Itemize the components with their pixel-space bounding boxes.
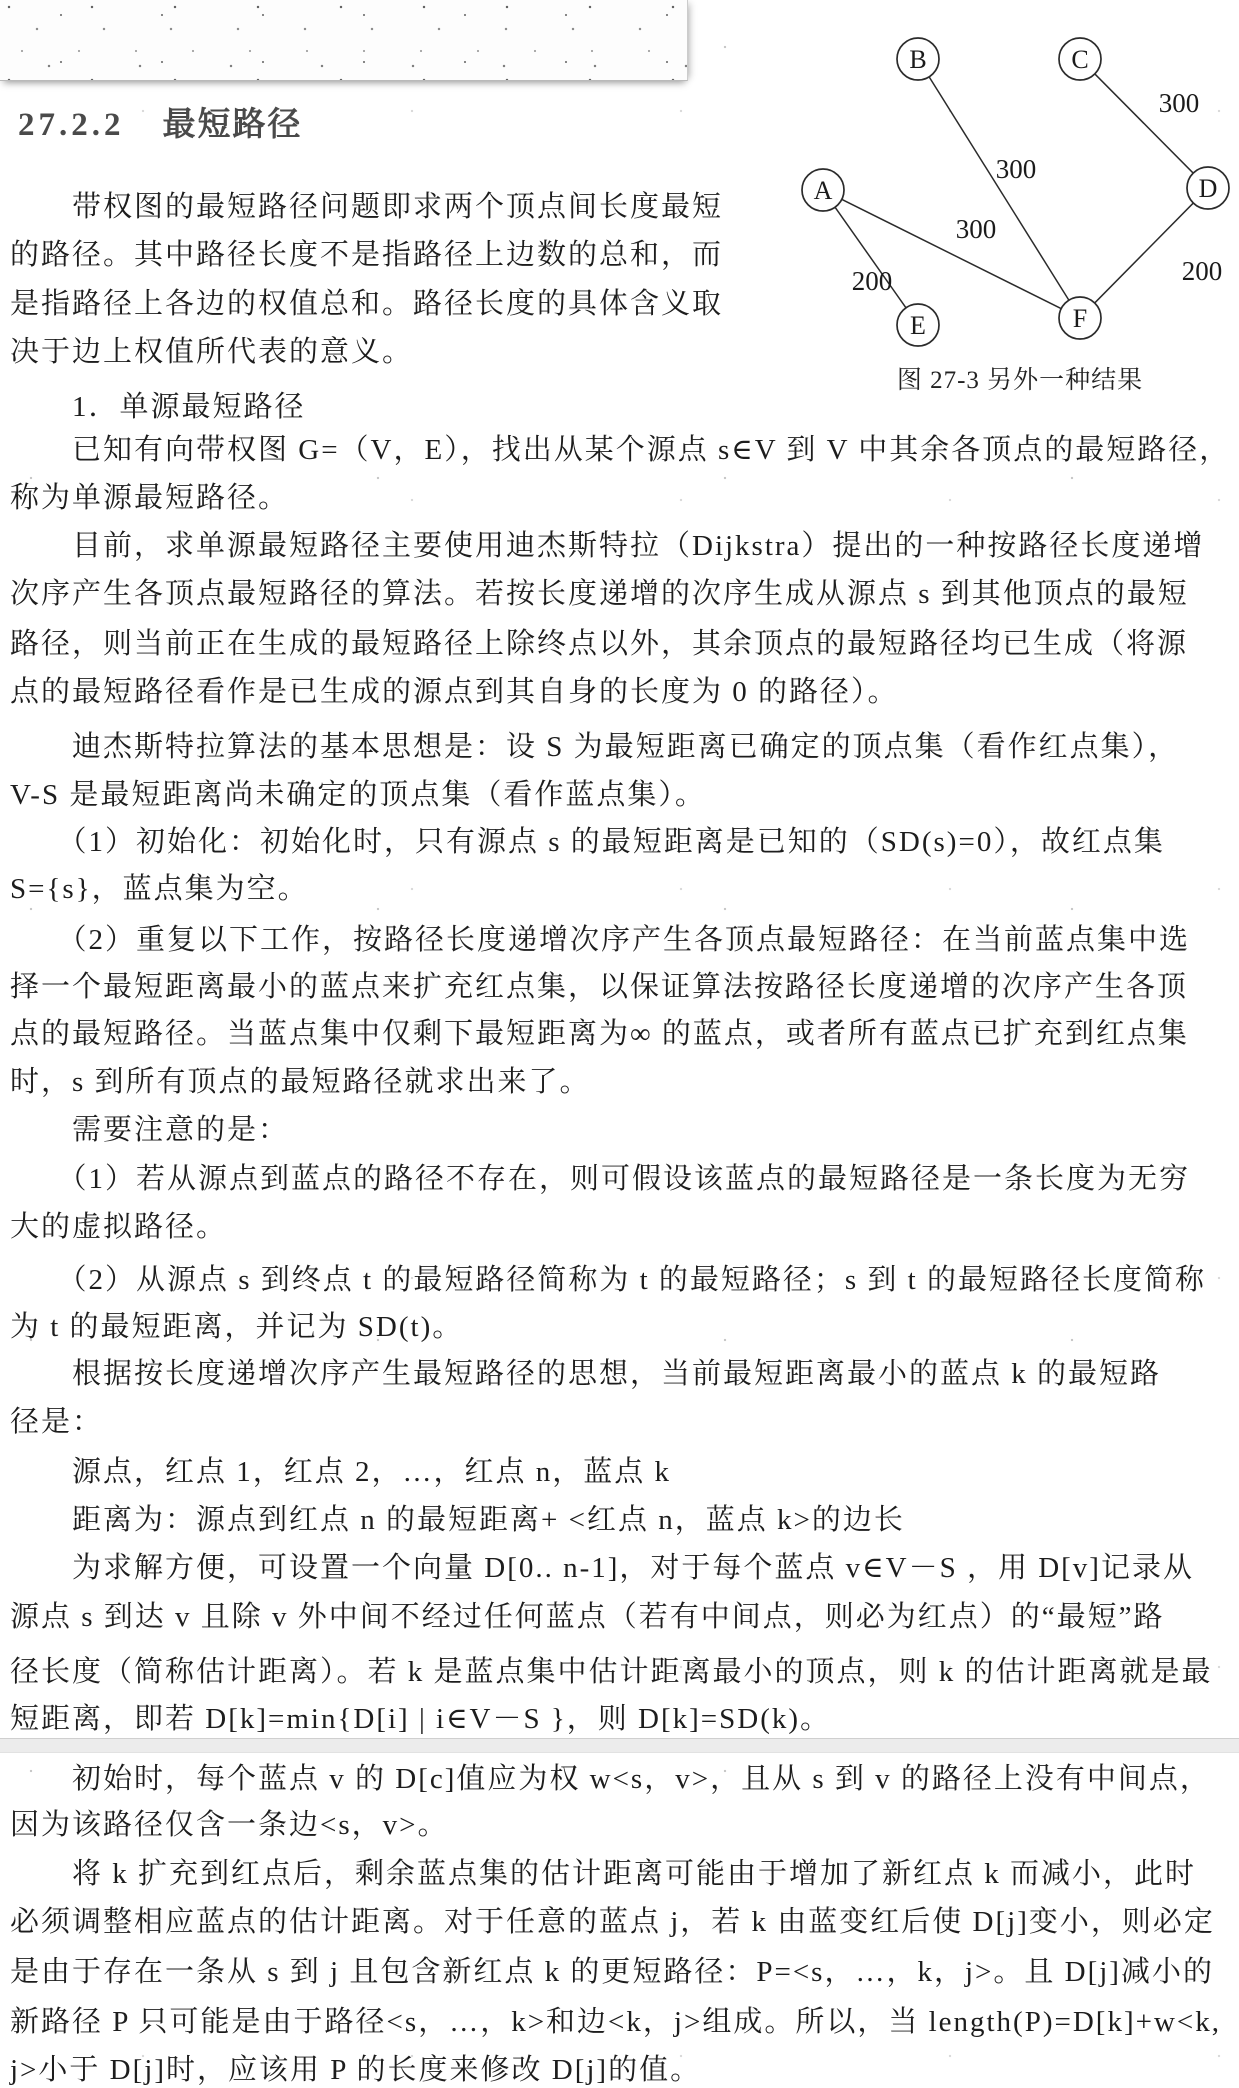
text-line: 已知有向带权图 G=（V，E），找出从某个源点 s∈V 到 V 中其余各顶点的最…: [10, 433, 1236, 467]
text-line: 根据按长度递增次序产生最短路径的思想，当前最短距离最小的蓝点 k 的最短路: [10, 1357, 1236, 1391]
text-line: 短距离，即若 D[k]=min{D[i] | i∈V－S }，则 D[k]=SD…: [10, 1702, 1236, 1736]
text-line: 次序产生各顶点最短路径的算法。若按长度递增的次序生成从源点 s 到其他顶点的最短: [10, 577, 1236, 611]
text-line: 择一个最短距离最小的蓝点来扩充红点集，以保证算法按路径长度递增的次序产生各顶: [10, 970, 1236, 1004]
text-line: 是指路径上各边的权值总和。路径长度的具体含义取: [10, 287, 1236, 321]
text-line: 带权图的最短路径问题即求两个顶点间长度最短: [10, 190, 1236, 224]
text-line: j>小于 D[j]时，应该用 P 的长度来修改 D[j]的值。: [10, 2053, 1236, 2087]
text-line: 是由于存在一条从 s 到 j 且包含新红点 k 的更短路径：P=<s，…，k，j…: [10, 1955, 1236, 1989]
text-line: 需要注意的是：: [10, 1113, 1236, 1147]
text-line: 源点 s 到达 v 且除 v 外中间不经过任何蓝点（若有中间点，则必为红点）的“…: [10, 1600, 1236, 1634]
text-line: 的路径。其中路径长度不是指路径上边数的总和，而: [10, 238, 1236, 272]
text-line: 时，s 到所有顶点的最短路径就求出来了。: [10, 1065, 1236, 1099]
text-line: 点的最短路径看作是已生成的源点到其自身的长度为 0 的路径）。: [10, 675, 1236, 709]
body-text: 带权图的最短路径问题即求两个顶点间长度最短的路径。其中路径长度不是指路径上边数的…: [0, 0, 1239, 2088]
text-line: S={s}，蓝点集为空。: [10, 872, 1236, 906]
text-line: V-S 是最短距离尚未确定的顶点集（看作蓝点集）。: [10, 778, 1236, 812]
text-line: 大的虚拟路径。: [10, 1210, 1236, 1244]
text-line: 迪杰斯特拉算法的基本思想是：设 S 为最短距离已确定的顶点集（看作红点集），: [10, 730, 1236, 764]
text-line: 距离为：源点到红点 n 的最短距离+ <红点 n，蓝点 k>的边长: [10, 1503, 1236, 1537]
text-line: 目前，求单源最短路径主要使用迪杰斯特拉（Dijkstra）提出的一种按路径长度递…: [10, 529, 1236, 563]
text-line: 1．单源最短路径: [10, 390, 1236, 424]
text-line: 为求解方便，可设置一个向量 D[0.. n-1]，对于每个蓝点 v∈V－S ，用…: [10, 1551, 1236, 1585]
text-line: 新路径 P 只可能是由于路径<s，…，k>和边<k，j>组成。所以，当 leng…: [10, 2005, 1236, 2039]
text-line: （1）若从源点到蓝点的路径不存在，则可假设该蓝点的最短路径是一条长度为无穷: [10, 1162, 1236, 1196]
text-line: 径长度（简称估计距离）。若 k 是蓝点集中估计距离最小的顶点，则 k 的估计距离…: [10, 1655, 1236, 1689]
text-line: 路径，则当前正在生成的最短路径上除终点以外，其余顶点的最短路径均已生成（将源: [10, 627, 1236, 661]
scanned-page: { "page": { "section_number": "27.2.2", …: [0, 0, 1239, 2088]
text-line: 径是：: [10, 1405, 1236, 1439]
text-line: 将 k 扩充到红点后，剩余蓝点集的估计距离可能由于增加了新红点 k 而减小，此时: [10, 1857, 1236, 1891]
text-line: 点的最短路径。当蓝点集中仅剩下最短距离为∞ 的蓝点，或者所有蓝点已扩充到红点集: [10, 1017, 1236, 1051]
text-line: （2）重复以下工作，按路径长度递增次序产生各顶点最短路径：在当前蓝点集中选: [10, 923, 1236, 957]
text-line: 决于边上权值所代表的意义。: [10, 335, 1236, 369]
text-line: 必须调整相应蓝点的估计距离。对于任意的蓝点 j，若 k 由蓝变红后使 D[j]变…: [10, 1905, 1236, 1939]
text-line: 因为该路径仅含一条边<s，v>。: [10, 1808, 1236, 1842]
text-line: 称为单源最短路径。: [10, 481, 1236, 515]
scan-band-artifact: [0, 1738, 1239, 1753]
text-line: 源点，红点 1，红点 2，…，红点 n，蓝点 k: [10, 1455, 1236, 1489]
text-line: 为 t 的最短距离，并记为 SD(t)。: [10, 1310, 1236, 1344]
text-line: 初始时，每个蓝点 v 的 D[c]值应为权 w<s，v>，且从 s 到 v 的路…: [10, 1762, 1236, 1796]
text-line: （1）初始化：初始化时，只有源点 s 的最短距离是已知的（SD(s)=0），故红…: [10, 825, 1236, 859]
text-line: （2）从源点 s 到终点 t 的最短路径简称为 t 的最短路径；s 到 t 的最…: [10, 1263, 1236, 1297]
